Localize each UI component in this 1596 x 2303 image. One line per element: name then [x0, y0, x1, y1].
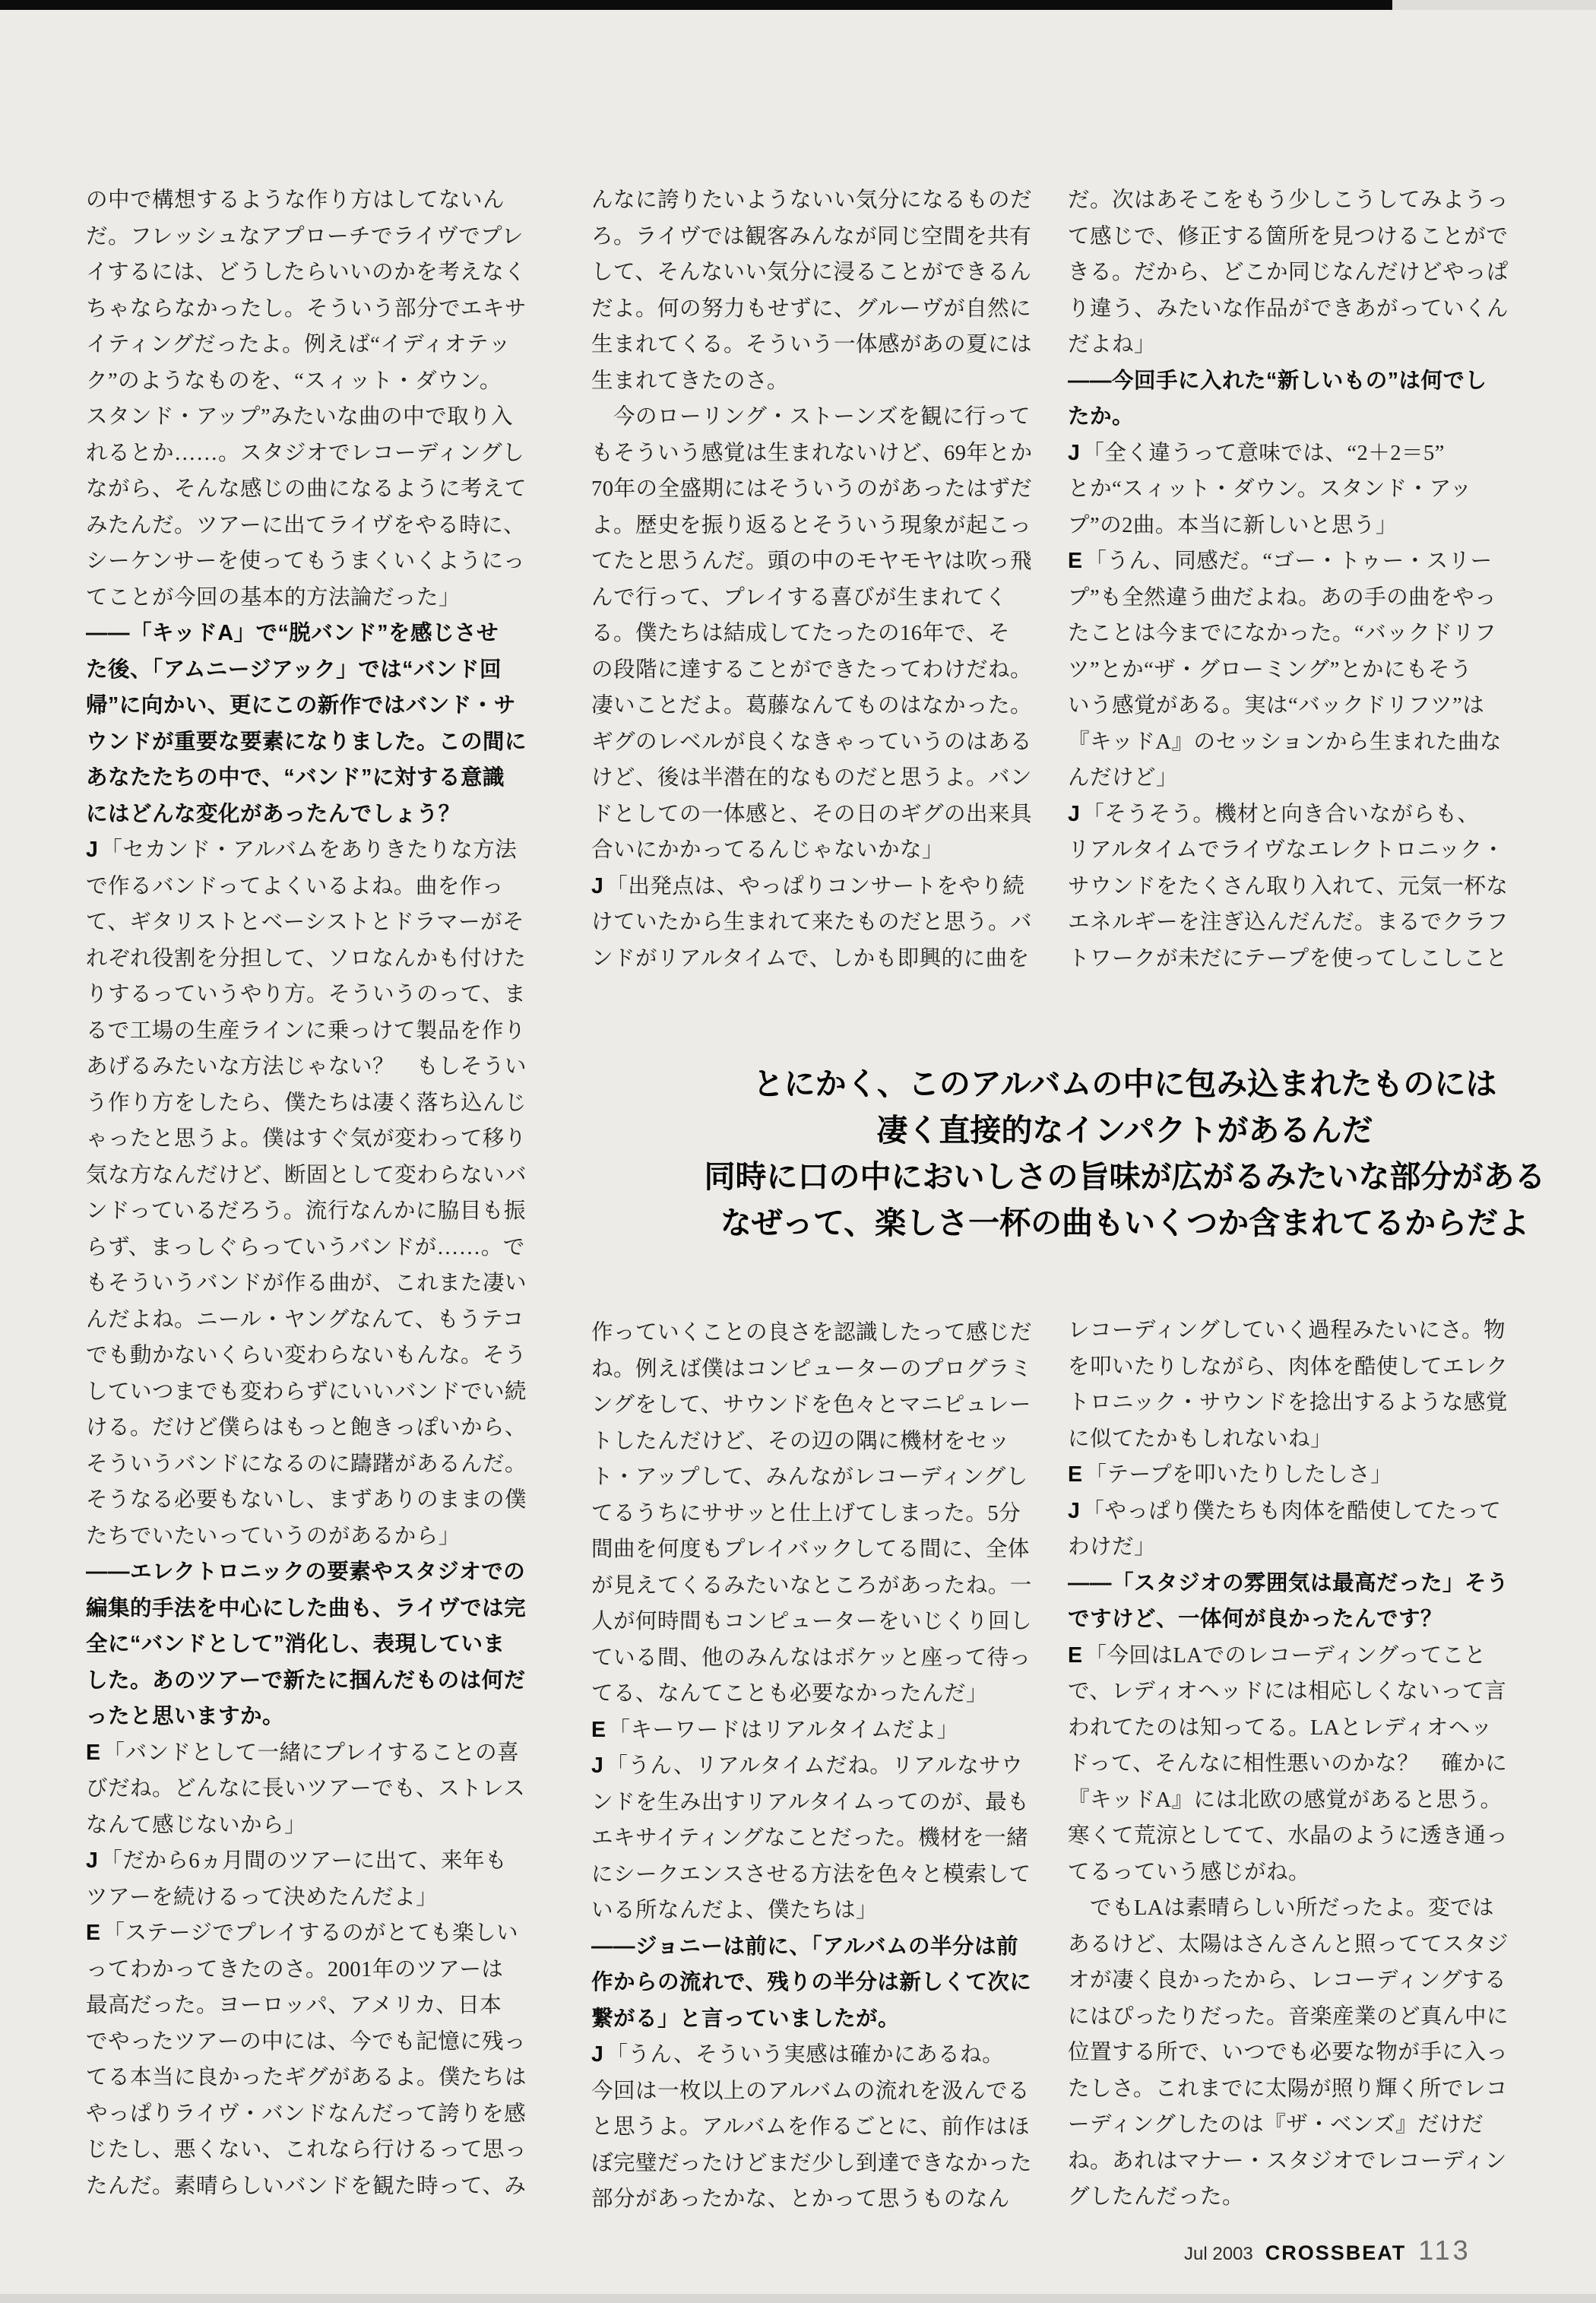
- body-text-line: J「うん、リアルタイムだね。リアルなサウ: [591, 1748, 1036, 1785]
- body-text-line: エネルギーを注ぎ込んだんだ。まるでクラフ: [1068, 904, 1512, 941]
- body-text-line: トロニック・サウンドを捻出するような感覚: [1068, 1385, 1512, 1421]
- body-text-line: だ。次はあそこをもう少しこうしてみようっ: [1068, 182, 1512, 219]
- body-text-line: E「テープを叩いたりしたしさ」: [1068, 1457, 1512, 1494]
- body-text-line: もそういう感覚は生まれないけど、69年とか: [591, 436, 1036, 472]
- body-text-line: J「セカンド・アルバムをありきたりな方法: [86, 832, 530, 869]
- page-footer: Jul 2003 CROSSBEAT 113: [1184, 2235, 1473, 2267]
- speaker-initial: E: [591, 1718, 606, 1742]
- body-text-line: てるうちにササッと仕上げてしまった。5分: [591, 1496, 1036, 1532]
- body-text-line: てる、なんてことも必要なかったんだ」: [591, 1676, 1036, 1712]
- body-text-line: ゃったと思うよ。僕はすぐ気が変わって移り: [86, 1121, 530, 1158]
- body-text-line: ーディングしたのは『ザ・ベンズ』だけだ: [1068, 2107, 1512, 2143]
- interviewer-question-line: た後、「アムニージアック」では“バンド回: [86, 652, 530, 689]
- body-text-line: 人が何時間もコンピューターをいじくり回し: [591, 1604, 1036, 1640]
- speaker-initial: J: [1068, 802, 1080, 826]
- body-text-line: E「うん、同感だ。“ゴー・トゥー・スリー: [1068, 543, 1512, 580]
- body-text-line: ンドがリアルタイムで、しかも即興的に曲を: [591, 941, 1036, 977]
- interviewer-question-line: ——「キッドA」で“脱バンド”を感じさせ: [86, 616, 530, 652]
- body-text-line: う作り方をしたら、僕たちは凄く落ち込んじ: [86, 1085, 530, 1122]
- body-text-line: プ”の2曲。本当に新しいと思う」: [1068, 508, 1512, 544]
- speaker-initial: J: [1068, 1499, 1080, 1523]
- body-text-line: ツアーを続けるって決めたんだよ」: [86, 1880, 530, 1916]
- body-text-line: いる所なんだよ、僕たちは」: [591, 1893, 1036, 1929]
- body-text-line: みたんだ。ツアーに出てライヴをやる時に、: [86, 508, 530, 544]
- speaker-initial: J: [1068, 441, 1080, 465]
- body-text-line: あるけど、太陽はさんさんと照っててスタジ: [1068, 1927, 1512, 1963]
- body-text-line: ドって、そんなに相性悪いのかな？ 確かに: [1068, 1746, 1512, 1782]
- pull-quote-line: 凄く直接的なインパクトがあるんだ: [684, 1107, 1566, 1154]
- body-text-line: だよね」: [1068, 327, 1512, 363]
- body-text-line: んなに誇りたいようないい気分になるものだ: [591, 182, 1036, 219]
- body-text-line: けど、後は半潜在的なものだと思うよ。バン: [591, 760, 1036, 797]
- body-text-line: ンドを生み出すリアルタイムってのが、最も: [591, 1785, 1036, 1821]
- footer-issue-date: Jul 2003: [1184, 2244, 1253, 2265]
- body-text-line: じたし、悪くない、これなら行けるって思っ: [86, 2132, 530, 2168]
- body-text-line: 合いにかかってるんじゃないかな」: [591, 832, 1036, 869]
- body-text-line: 凄いことだよ。葛藤なんてものはなかった。: [591, 688, 1036, 724]
- body-text-line: でもLAは素晴らしい所だったよ。変では: [1068, 1890, 1512, 1927]
- scan-top-edge-right: [1392, 0, 1596, 10]
- body-text-line: J「そうそう。機材と向き合いながらも、: [1068, 797, 1512, 833]
- body-text-line: 作っていくことの良さを認識したって感じだ: [591, 1315, 1036, 1351]
- body-text-line: スタンド・アップ”みたいな曲の中で取り入: [86, 399, 530, 436]
- interviewer-question-line: にはどんな変化があったんでしょう？: [86, 797, 530, 833]
- body-text-line: リアルタイムでライヴなエレクトロニック・: [1068, 832, 1512, 869]
- article-column-right-top: だ。次はあそこをもう少しこうしてみようって感じで、修正する箇所を見つけることがで…: [1068, 182, 1512, 977]
- article-column-right-bottom: レコーディングしていく過程みたいにさ。物を叩いたりしながら、肉体を酷使してエレク…: [1068, 1313, 1512, 2216]
- body-text-line: て、ギタリストとベーシストとドラマーがそ: [86, 904, 530, 941]
- body-text-line: ながら、そんな感じの曲になるように考えて: [86, 471, 530, 508]
- body-text-line: でやったツアーの中には、今でも記憶に残っ: [86, 2024, 530, 2061]
- body-text-line: 寒くて荒涼としてて、水晶のように透き通っ: [1068, 1818, 1512, 1855]
- speaker-initial: E: [86, 1921, 101, 1945]
- body-text-line: エキサイティングなことだった。機材を一緒: [591, 1820, 1036, 1857]
- body-text-line: てる本当に良かったギグがあるよ。僕たちは: [86, 2060, 530, 2096]
- interviewer-question-line: した。あのツアーで新たに掴んだものは何だ: [86, 1663, 530, 1700]
- body-text-line: 70年の全盛期にはそういうのがあったはずだ: [591, 471, 1036, 508]
- body-text-line: だ。フレッシュなアプローチでライヴでプレ: [86, 219, 530, 255]
- body-text-line: 間曲を何度もプレイバックしてる間に、全体: [591, 1532, 1036, 1568]
- body-text-line: てるっていう感じがね。: [1068, 1855, 1512, 1891]
- body-text-line: て感じで、修正する箇所を見つけることがで: [1068, 219, 1512, 255]
- speaker-initial: J: [591, 1753, 603, 1778]
- body-text-line: たことは今までになかった。“バックドリフ: [1068, 616, 1512, 652]
- article-column-left: の中で構想するような作り方はしてないんだ。フレッシュなアプローチでライヴでプレイ…: [86, 182, 530, 2204]
- body-text-line: トワークが未だにテープを使ってしこしこと: [1068, 941, 1512, 977]
- body-text-line: でも動かないくらい変わらないもんな。そう: [86, 1338, 530, 1374]
- speaker-initial: J: [86, 838, 98, 862]
- body-text-line: サウンドをたくさん取り入れて、元気一杯な: [1068, 869, 1512, 905]
- body-text-line: もそういうバンドが作る曲が、これまた凄い: [86, 1266, 530, 1302]
- body-text-line: E「ステージでプレイするのがとても楽しい: [86, 1915, 530, 1952]
- body-text-line: けていたから生まれて来たものだと思う。バ: [591, 904, 1036, 941]
- body-text-line: グしたんだった。: [1068, 2179, 1512, 2216]
- body-text-line: やっぱりライヴ・バンドなんだって誇りを感: [86, 2096, 530, 2133]
- body-text-line: びだね。どんなに長いツアーでも、ストレス: [86, 1771, 530, 1807]
- body-text-line: 最高だった。ヨーロッパ、アメリカ、日本: [86, 1988, 530, 2024]
- interviewer-question-line: ウンドが重要な要素になりました。この間に: [86, 724, 530, 761]
- body-text-line: 『キッドA』には北欧の感覚があると思う。: [1068, 1782, 1512, 1819]
- body-text-line: E「バンドとして一緒にプレイすることの喜: [86, 1735, 530, 1772]
- body-text-line: にはぴったりだった。音楽産業のど真ん中に: [1068, 1999, 1512, 2035]
- body-text-line: る。僕たちは結成してたったの16年で、そ: [591, 616, 1036, 652]
- body-text-line: オが凄く良かったから、レコーディングする: [1068, 1962, 1512, 1999]
- body-text-line: ている間、他のみんなはボケッと座って待っ: [591, 1640, 1036, 1677]
- body-text-line: んだけど」: [1068, 760, 1512, 797]
- body-text-line: シーケンサーを使ってもうまくいくようにっ: [86, 543, 530, 580]
- footer-page-number: 113: [1418, 2235, 1471, 2267]
- speaker-initial: E: [1068, 1462, 1083, 1487]
- speaker-initial: J: [86, 1848, 98, 1873]
- body-text-line: そういうバンドになるのに躊躇があるんだ。: [86, 1446, 530, 1483]
- body-text-line: 生まれてきたのさ。: [591, 363, 1036, 400]
- body-text-line: ト・アップして、みんながレコーディングし: [591, 1459, 1036, 1496]
- body-text-line: の中で構想するような作り方はしてないん: [86, 182, 530, 219]
- body-text-line: わけだ」: [1068, 1529, 1512, 1566]
- body-text-line: ぼ完璧だったけどまだ少し到達できなかった: [591, 2146, 1036, 2182]
- body-text-line: ンドっているだろう。流行なんかに脇目も振: [86, 1193, 530, 1230]
- interviewer-question-line: 帰”に向かい、更にこの新作ではバンド・サ: [86, 688, 530, 724]
- body-text-line: あげるみたいな方法じゃない？ もしそうい: [86, 1049, 530, 1085]
- body-text-line: で、レディオヘッドには相応しくないって言: [1068, 1674, 1512, 1710]
- body-text-line: だよ。何の努力もせずに、グルーヴが自然に: [591, 291, 1036, 328]
- body-text-line: J「やっぱり僕たちも肉体を酷使してたって: [1068, 1494, 1512, 1530]
- body-text-line: 生まれてくる。そういう一体感があの夏には: [591, 327, 1036, 363]
- body-text-line: イティングだったよ。例えば“イディオテッ: [86, 327, 530, 363]
- body-text-line: 『キッドA』のセッションから生まれた曲な: [1068, 724, 1512, 761]
- body-text-line: プ”も全然違う曲だよね。あの手の曲をやっ: [1068, 580, 1512, 616]
- body-text-line: たしさ。これまでに太陽が照り輝く所でレコ: [1068, 2071, 1512, 2108]
- body-text-line: ね。あれはマナー・スタジオでレコーディン: [1068, 2143, 1512, 2180]
- speaker-initial: J: [591, 874, 603, 898]
- body-text-line: ろ。ライヴでは観客みんなが同じ空間を共有: [591, 219, 1036, 255]
- body-text-line: E「キーワードはリアルタイムだよ」: [591, 1712, 1036, 1749]
- body-text-line: J「全く違うって意味では、“2＋2＝5”: [1068, 436, 1512, 472]
- body-text-line: るで工場の生産ラインに乗っけて製品を作り: [86, 1013, 530, 1050]
- body-text-line: われてたのは知ってる。LAとレディオヘッ: [1068, 1710, 1512, 1747]
- body-text-line: イするには、どうしたらいいのかを考えなく: [86, 255, 530, 291]
- body-text-line: 気な方なんだけど、断固として変わらないバ: [86, 1158, 530, 1194]
- body-text-line: ツ”とか“ザ・グローミング”とかにもそう: [1068, 652, 1512, 689]
- article-column-middle-bottom: 作っていくことの良さを認識したって感じだね。例えば僕はコンピューターのプログラミ…: [591, 1315, 1036, 2218]
- body-text-line: きる。だから、どこか同じなんだけどやっぱ: [1068, 255, 1512, 291]
- pull-quote-line: 同時に口の中においしさの旨味が広がるみたいな部分がある: [684, 1154, 1566, 1200]
- body-text-line: して、そんないい気分に浸ることができるん: [591, 255, 1036, 291]
- pull-quote-line: なぜって、楽しさ一杯の曲もいくつか含まれてるからだよ: [684, 1200, 1566, 1247]
- body-text-line: ギグのレベルが良くなきゃっていうのはある: [591, 724, 1036, 761]
- body-text-line: とか“スィット・ダウン。スタンド・アッ: [1068, 471, 1512, 508]
- body-text-line: J「出発点は、やっぱりコンサートをやり続: [591, 869, 1036, 905]
- interviewer-question-line: あなたたちの中で、“バンド”に対する意識: [86, 760, 530, 797]
- body-text-line: ける。だけど僕らはもっと飽きっぽいから、: [86, 1410, 530, 1446]
- speaker-initial: E: [1068, 1643, 1083, 1668]
- body-text-line: なんて感じないから」: [86, 1807, 530, 1844]
- pull-quote: とにかく、このアルバムの中に包み込まれたものには凄く直接的なインパクトがあるんだ…: [684, 1061, 1566, 1247]
- interviewer-question-line: たか。: [1068, 399, 1512, 436]
- body-text-line: トしたんだけど、その辺の隅に機材をセッ: [591, 1424, 1036, 1460]
- interviewer-question-line: ったと思いますか。: [86, 1699, 530, 1735]
- scan-bottom-edge: [0, 2294, 1596, 2303]
- body-text-line: れぞれ役割を分担して、ソロなんかも付けた: [86, 941, 530, 977]
- body-text-line: ドとしての一体感と、その日のギグの出来具: [591, 797, 1036, 833]
- body-text-line: てたと思うんだ。頭の中のモヤモヤは吹っ飛: [591, 543, 1036, 580]
- pull-quote-line: とにかく、このアルバムの中に包み込まれたものには: [684, 1061, 1566, 1107]
- body-text-line: が見えてくるみたいなところがあったね。一: [591, 1568, 1036, 1604]
- body-text-line: 今のローリング・ストーンズを観に行って: [591, 399, 1036, 436]
- body-text-line: そうなる必要もないし、まずありのままの僕: [86, 1482, 530, 1519]
- interviewer-question-line: ですけど、一体何が良かったんです？: [1068, 1601, 1512, 1638]
- article-column-middle-top: んなに誇りたいようないい気分になるものだろ。ライヴでは観客みんなが同じ空間を共有…: [591, 182, 1036, 977]
- scan-top-edge-bar: [0, 0, 1392, 10]
- body-text-line: りするっていうやり方。そういうのって、ま: [86, 977, 530, 1013]
- body-text-line: たんだ。素晴らしいバンドを観た時って、み: [86, 2168, 530, 2205]
- footer-magazine-logo: CROSSBEAT: [1265, 2241, 1407, 2265]
- body-text-line: E「今回はLAでのレコーディングってこと: [1068, 1638, 1512, 1674]
- body-text-line: んだよね。ニール・ヤングなんて、もうテコ: [86, 1302, 530, 1338]
- body-text-line: れるとか……。スタジオでレコーディングし: [86, 436, 530, 472]
- speaker-initial: E: [86, 1741, 101, 1765]
- interviewer-question-line: ——今回手に入れた“新しいもの”は何でし: [1068, 363, 1512, 400]
- body-text-line: 位置する所で、いつでも必要な物が手に入っ: [1068, 2035, 1512, 2071]
- interviewer-question-line: 編集的手法を中心にした曲も、ライヴでは完: [86, 1591, 530, 1627]
- body-text-line: J「うん、そういう実感は確かにあるね。: [591, 2037, 1036, 2073]
- body-text-line: ク”のようなものを、“スィット・ダウン。: [86, 363, 530, 400]
- body-text-line: らず、まっしぐらっていうバンドが……。で: [86, 1230, 530, 1266]
- body-text-line: レコーディングしていく過程みたいにさ。物: [1068, 1313, 1512, 1349]
- body-text-line: 部分があったかな、とかって思うものなん: [591, 2181, 1036, 2218]
- body-text-line: の段階に達することができたってわけだね。: [591, 652, 1036, 689]
- interviewer-question-line: ——ジョニーは前に、「アルバムの半分は前: [591, 1929, 1036, 1966]
- speaker-initial: E: [1068, 549, 1083, 573]
- interviewer-question-line: ——エレクトロニックの要素やスタジオでの: [86, 1554, 530, 1591]
- body-text-line: ってわかってきたのさ。2001年のツアーは: [86, 1952, 530, 1988]
- body-text-line: たちでいたいっていうのがあるから」: [86, 1519, 530, 1555]
- interviewer-question-line: 作からの流れで、残りの半分は新しくて次に: [591, 1965, 1036, 2001]
- body-text-line: ングをして、サウンドを色々とマニピュレー: [591, 1387, 1036, 1424]
- interviewer-question-line: 繋がる」と言っていましたが。: [591, 2001, 1036, 2038]
- interviewer-question-line: 全に“バンドとして”消化し、表現していま: [86, 1627, 530, 1663]
- interviewer-question-line: ——「スタジオの雰囲気は最高だった」そう: [1068, 1566, 1512, 1602]
- speaker-initial: J: [591, 2042, 603, 2067]
- body-text-line: ちゃならなかったし。そういう部分でエキサ: [86, 291, 530, 328]
- body-text-line: んで行って、プレイする喜びが生まれてく: [591, 580, 1036, 616]
- body-text-line: り違う、みたいな作品ができあがっていくん: [1068, 291, 1512, 328]
- body-text-line: を叩いたりしながら、肉体を酷使してエレク: [1068, 1349, 1512, 1386]
- body-text-line: していつまでも変わらずにいいバンドでい続: [86, 1374, 530, 1411]
- body-text-line: よ。歴史を振り返るとそういう現象が起こっ: [591, 508, 1036, 544]
- body-text-line: に似てたかもしれないね」: [1068, 1421, 1512, 1458]
- body-text-line: にシークエンスさせる方法を色々と模索して: [591, 1857, 1036, 1893]
- body-text-line: J「だから6ヵ月間のツアーに出て、来年も: [86, 1843, 530, 1880]
- body-text-line: ね。例えば僕はコンピューターのプログラミ: [591, 1351, 1036, 1388]
- body-text-line: 今回は一枚以上のアルバムの流れを汲んでる: [591, 2073, 1036, 2110]
- body-text-line: と思うよ。アルバムを作るごとに、前作はほ: [591, 2109, 1036, 2146]
- body-text-line: いう感覚がある。実は“バックドリフツ”は: [1068, 688, 1512, 724]
- body-text-line: てことが今回の基本的方法論だった」: [86, 580, 530, 616]
- body-text-line: で作るバンドってよくいるよね。曲を作っ: [86, 869, 530, 905]
